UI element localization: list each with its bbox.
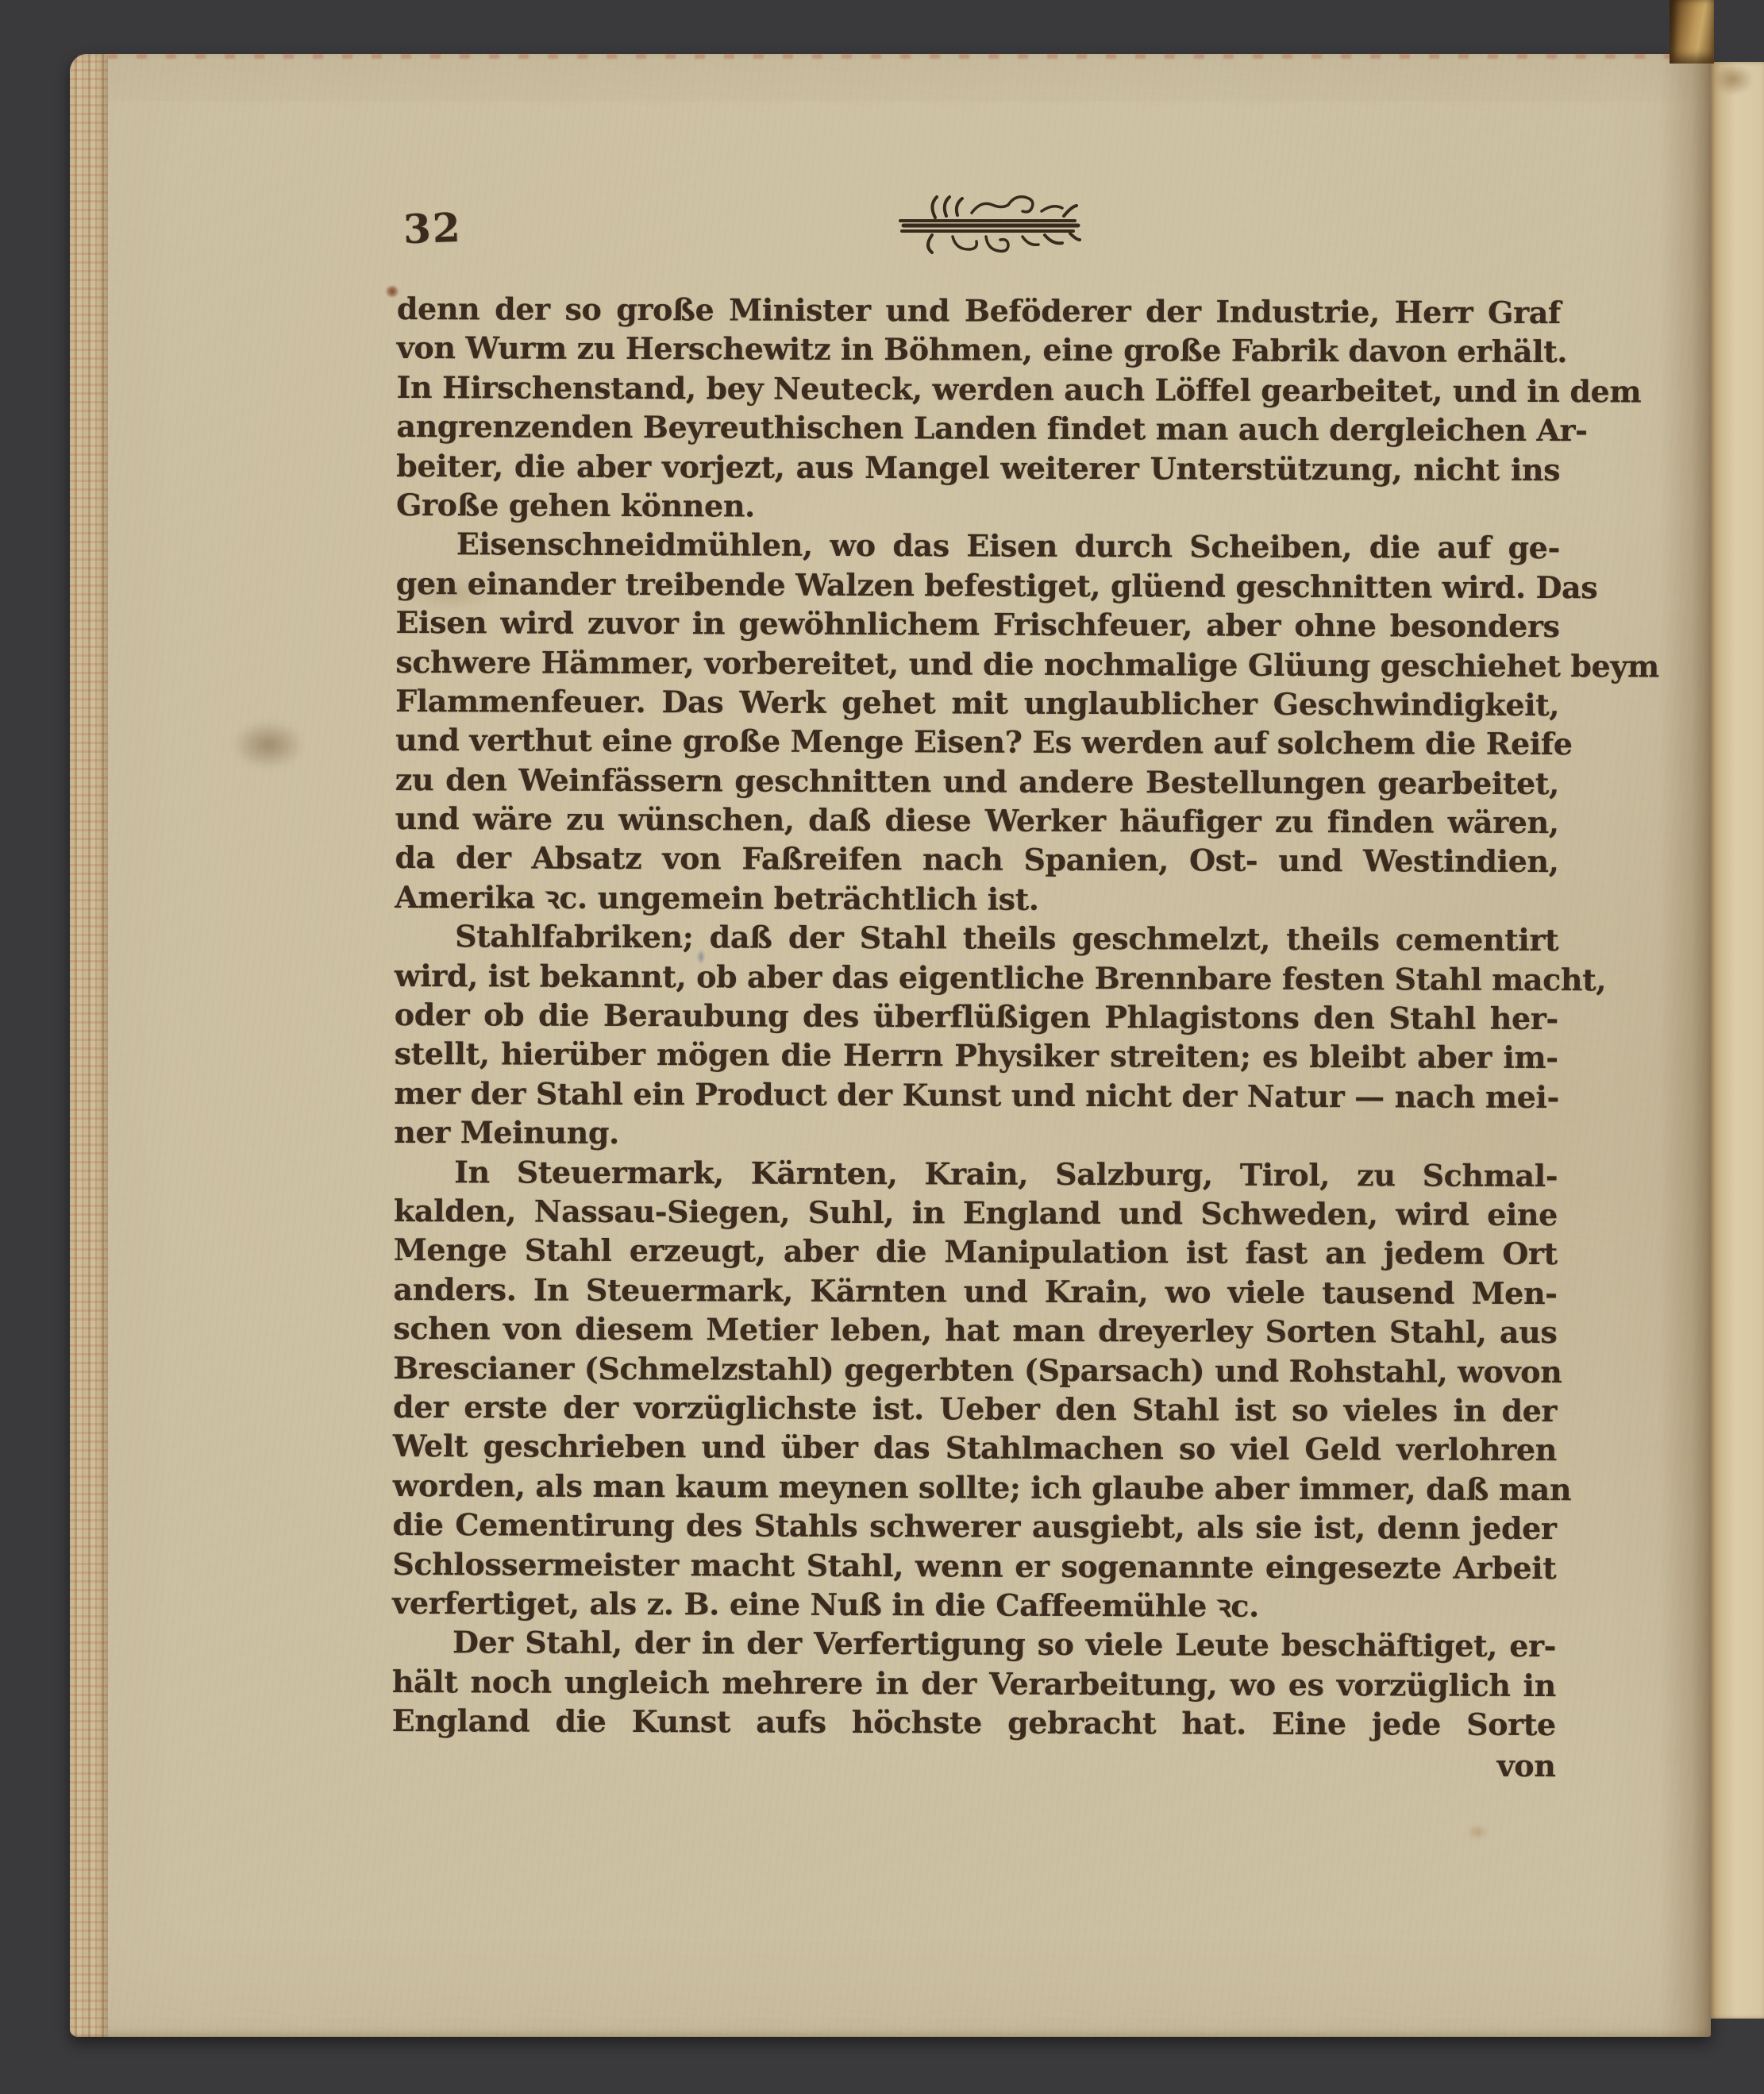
text-line: gen einander treibende Walzen befestiget… <box>396 564 1560 607</box>
text-line: oder ob die Beraubung des überflüßigen P… <box>395 995 1558 1039</box>
text-line: stellt, hierüber mögen die Herrn Physike… <box>395 1034 1558 1078</box>
text-block: denn der so große Minister und Beföderer… <box>391 289 1561 1786</box>
text-line: Schlossermeister macht Stahl, wenn er so… <box>392 1544 1556 1587</box>
text-line: angrenzenden Beyreuthischen Landen finde… <box>396 407 1560 450</box>
text-line: die Cementirung des Stahls schwerer ausg… <box>392 1505 1556 1548</box>
scan-background: 32 denn der so große Minister und Bef <box>0 0 1764 2094</box>
text-line: hält noch ungleich mehrere in der Verarb… <box>392 1662 1556 1706</box>
text-line: und verthut eine große Menge Eisen? Es w… <box>395 720 1559 764</box>
text-line: kalden, Nassau-Siegen, Suhl, in England … <box>394 1191 1558 1235</box>
text-line: Welt geschrieben und über das Stahlmache… <box>393 1426 1557 1470</box>
next-page-top-smudge <box>1713 64 1753 95</box>
text-line: der erste der vorzüglichste ist. Ueber d… <box>393 1387 1557 1431</box>
text-line: Brescianer (Schmelzstahl) gegerbten (Spa… <box>393 1348 1557 1392</box>
text-line: Amerika ꝛc. ungemein beträchtlich ist. <box>395 877 1558 921</box>
text-line: wird, ist bekannt, ob aber das eigentlic… <box>395 956 1558 1000</box>
text-line: von Wurm zu Herschewitz in Böhmen, eine … <box>397 328 1561 372</box>
text-line: denn der so große Minister und Beföderer… <box>397 289 1561 333</box>
fleuron-ornament-icon <box>886 187 1092 260</box>
text-line: Eisen wird zuvor in gewöhnlichem Frischf… <box>395 603 1559 646</box>
text-line: Menge Stahl erzeugt, aber die Manipulati… <box>394 1230 1558 1274</box>
text-line: England die Kunst aufs höchste gebracht … <box>392 1701 1556 1745</box>
text-line: verfertiget, als z. B. eine Nuß in die C… <box>392 1583 1556 1627</box>
text-line: worden, als man kaum meynen sollte; ich … <box>393 1466 1557 1510</box>
text-line: mer der Stahl ein Product der Kunst und … <box>394 1074 1558 1117</box>
foxing-spot <box>1467 1825 1488 1839</box>
page-number: 32 <box>402 204 463 253</box>
text-line: In Hirschenstand, bey Neuteck, werden au… <box>396 368 1560 411</box>
book-page: 32 denn der so große Minister und Bef <box>70 54 1711 2037</box>
text-line: In Steuermark, Kärnten, Krain, Salzburg,… <box>394 1152 1558 1196</box>
text-line: beiter, die aber vorjezt, aus Mangel wei… <box>396 446 1560 490</box>
text-line: schwere Hämmer, vorbereitet, und die noc… <box>395 642 1559 686</box>
gutter-fold <box>1660 54 1711 2037</box>
catchword: von <box>391 1742 1555 1785</box>
text-line: und wäre zu wünschen, daß diese Werker h… <box>395 799 1559 843</box>
body-text: denn der so große Minister und Beföderer… <box>392 289 1561 1745</box>
binding-headband <box>1670 0 1714 64</box>
margin-smudge-stain <box>233 721 304 769</box>
text-line: da der Absatz von Faßreifen nach Spanien… <box>395 838 1558 881</box>
page-fore-edge <box>70 54 108 2037</box>
text-line: anders. In Steuermark, Kärnten und Krain… <box>394 1270 1558 1313</box>
text-line: ner Meinung. <box>394 1113 1558 1156</box>
text-line: zu den Weinfässern geschnitten und ander… <box>395 760 1559 804</box>
text-line: Flammenfeuer. Das Werk gehet mit unglaub… <box>395 681 1559 725</box>
text-line: Stahlfabriken; daß der Stahl theils gesc… <box>395 916 1558 960</box>
text-line: Große gehen können. <box>396 485 1560 529</box>
text-line: Eisenschneidmühlen, wo das Eisen durch S… <box>396 524 1560 568</box>
text-line: Der Stahl, der in der Verfertigung so vi… <box>392 1622 1556 1666</box>
text-line: schen von diesem Metier leben, hat man d… <box>393 1309 1557 1352</box>
next-page-edge <box>1711 62 1764 2019</box>
